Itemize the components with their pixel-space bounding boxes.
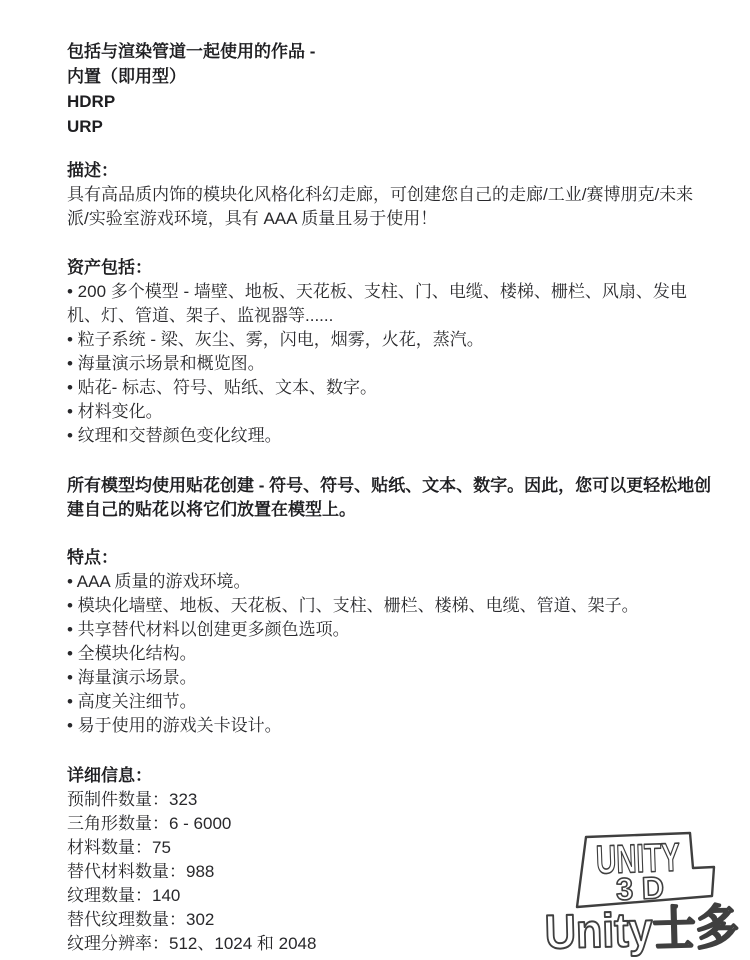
intro-line: 内置（即用型） — [67, 64, 695, 89]
detail-stat-line: 纹理分辨率：512、1024 和 2048 — [67, 932, 695, 956]
asset-includes-item: • 粒子系统 - 梁、灰尘、雾，闪电，烟雾，火花，蒸汽。 — [67, 328, 695, 352]
intro-line: HDRP — [67, 89, 695, 114]
feature-item: • 海量演示场景。 — [67, 666, 695, 690]
asset-includes-list: • 200 多个模型 - 墙壁、地板、天花板、支柱、门、电缆、楼梯、栅栏、风扇、… — [67, 280, 695, 448]
asset-includes-item: • 海量演示场景和概览图。 — [67, 352, 695, 376]
decal-note-line: 建自己的贴花以将它们放置在模型上。 — [67, 498, 695, 522]
features-list: • AAA 质量的游戏环境。• 模块化墙壁、地板、天花板、门、支柱、栅栏、楼梯、… — [67, 570, 695, 738]
asset-includes-heading: 资产包括： — [67, 256, 695, 280]
detail-stat-line: 纹理数量：140 — [67, 884, 695, 908]
intro-line: URP — [67, 114, 695, 139]
description-paragraph: 具有高品质内饰的模块化风格化科幻走廊，可创建您自己的走廊/工业/赛博朋克/未来派… — [67, 183, 695, 231]
render-pipelines-intro: 包括与渲染管道一起使用的作品 -内置（即用型）HDRPURP — [67, 39, 695, 139]
asset-includes-item: • 纹理和交替颜色变化纹理。 — [67, 424, 695, 448]
feature-item: • 全模块化结构。 — [67, 642, 695, 666]
product-description-page: 包括与渲染管道一起使用的作品 -内置（即用型）HDRPURP 描述： 具有高品质… — [0, 0, 750, 960]
features-section: 特点： • AAA 质量的游戏环境。• 模块化墙壁、地板、天花板、门、支柱、栅栏… — [67, 546, 695, 738]
details-heading: 详细信息： — [67, 764, 695, 788]
asset-includes-section: 资产包括： • 200 多个模型 - 墙壁、地板、天花板、支柱、门、电缆、楼梯、… — [67, 256, 695, 448]
asset-includes-item: 机、灯、管道、架子、监视器等...... — [67, 304, 695, 328]
details-section: 详细信息： 预制件数量：323三角形数量：6 - 6000材料数量：75替代材料… — [67, 764, 695, 956]
feature-item: • 易于使用的游戏关卡设计。 — [67, 714, 695, 738]
feature-item: • 高度关注细节。 — [67, 690, 695, 714]
detail-stat-line: 预制件数量：323 — [67, 788, 695, 812]
detail-stat-line: 替代纹理数量：302 — [67, 908, 695, 932]
details-list: 预制件数量：323三角形数量：6 - 6000材料数量：75替代材料数量：988… — [67, 788, 695, 956]
description-heading: 描述： — [67, 159, 695, 183]
asset-includes-item: • 200 多个模型 - 墙壁、地板、天花板、支柱、门、电缆、楼梯、栅栏、风扇、… — [67, 280, 695, 304]
features-heading: 特点： — [67, 546, 695, 570]
intro-line: 包括与渲染管道一起使用的作品 - — [67, 39, 695, 64]
description-line: 派/实验室游戏环境，具有 AAA 质量且易于使用！ — [67, 207, 695, 231]
asset-includes-item: • 材料变化。 — [67, 400, 695, 424]
detail-stat-line: 材料数量：75 — [67, 836, 695, 860]
asset-includes-item: • 贴花- 标志、符号、贴纸、文本、数字。 — [67, 376, 695, 400]
description-section: 描述： 具有高品质内饰的模块化风格化科幻走廊，可创建您自己的走廊/工业/赛博朋克… — [67, 159, 695, 231]
feature-item: • 模块化墙壁、地板、天花板、门、支柱、栅栏、楼梯、电缆、管道、架子。 — [67, 594, 695, 618]
description-line: 具有高品质内饰的模块化风格化科幻走廊，可创建您自己的走廊/工业/赛博朋克/未来 — [67, 183, 695, 207]
decal-note-line: 所有模型均使用贴花创建 - 符号、符号、贴纸、文本、数字。因此，您可以更轻松地创 — [67, 474, 695, 498]
detail-stat-line: 三角形数量：6 - 6000 — [67, 812, 695, 836]
decal-note-section: 所有模型均使用贴花创建 - 符号、符号、贴纸、文本、数字。因此，您可以更轻松地创… — [67, 474, 695, 522]
decal-note-paragraph: 所有模型均使用贴花创建 - 符号、符号、贴纸、文本、数字。因此，您可以更轻松地创… — [67, 474, 695, 522]
detail-stat-line: 替代材料数量：988 — [67, 860, 695, 884]
feature-item: • 共享替代材料以创建更多颜色选项。 — [67, 618, 695, 642]
feature-item: • AAA 质量的游戏环境。 — [67, 570, 695, 594]
